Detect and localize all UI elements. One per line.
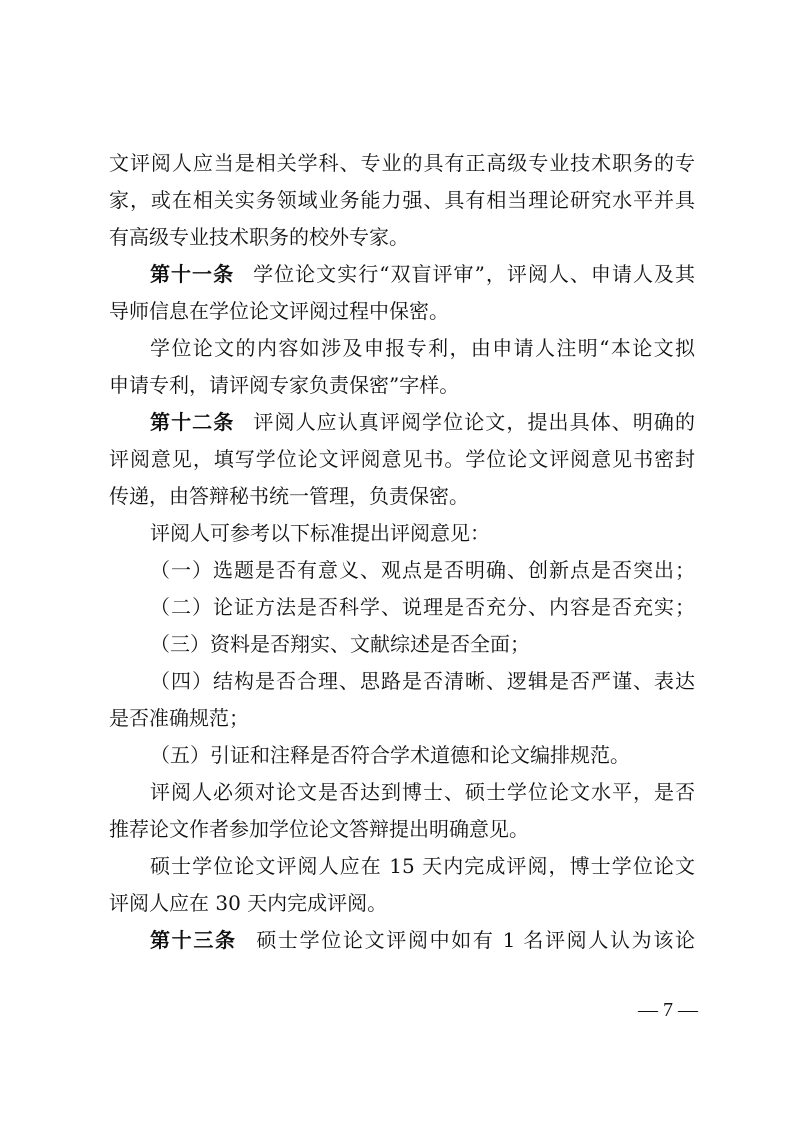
paragraph-line: 有高级专业技术职务的校外专家。 xyxy=(109,222,695,252)
paragraph-line: 传递，由答辩秘书统一管理，负责保密。 xyxy=(109,481,695,511)
paragraph-line: 评阅人必须对论文是否达到博士、硕士学位论文水平，是否 xyxy=(150,777,695,807)
criteria-item-1: （一）选题是否有意义、观点是否明确、创新点是否突出； xyxy=(150,555,695,585)
paragraph-line: 导师信息在学位论文评阅过程中保密。 xyxy=(109,296,695,326)
document-page: 文评阅人应当是相关学科、专业的具有正高级专业技术职务的专 家，或在相关实务领域业… xyxy=(0,0,793,1122)
criteria-item-4-cont: 是否准确规范； xyxy=(109,703,695,733)
paragraph-line: 评阅人可参考以下标准提出评阅意见： xyxy=(150,518,695,548)
article-13-line: 第十三条硕士学位论文评阅中如有 1 名评阅人认为该论 xyxy=(150,925,695,955)
article-text: 学位论文实行“双盲评审”，评阅人、申请人及其 xyxy=(252,262,695,286)
criteria-item-2: （二）论证方法是否科学、说理是否充分、内容是否充实； xyxy=(150,592,695,622)
paragraph-line: 学位论文的内容如涉及申报专利，由申请人注明“本论文拟 xyxy=(150,333,695,363)
paragraph-line: 家，或在相关实务领域业务能力强、具有相当理论研究水平并具 xyxy=(109,185,695,215)
article-heading: 第十一条 xyxy=(150,262,234,286)
paragraph-line: 硕士学位论文评阅人应在 15 天内完成评阅，博士学位论文 xyxy=(150,851,695,881)
page-number: — 7 — xyxy=(628,995,698,1025)
article-12-line: 第十二条评阅人应认真评阅学位论文，提出具体、明确的 xyxy=(150,407,695,437)
article-text: 评阅人应认真评阅学位论文，提出具体、明确的 xyxy=(252,410,695,434)
paragraph-line: 申请专利，请评阅专家负责保密”字样。 xyxy=(109,370,695,400)
article-text: 硕士学位论文评阅中如有 1 名评阅人认为该论 xyxy=(255,928,695,952)
paragraph-line: 评阅意见，填写学位论文评阅意见书。学位论文评阅意见书密封 xyxy=(109,444,695,474)
paragraph-line: 推荐论文作者参加学位论文答辩提出明确意见。 xyxy=(109,814,695,844)
article-heading: 第十二条 xyxy=(150,410,234,434)
criteria-item-5: （五）引证和注释是否符合学术道德和论文编排规范。 xyxy=(150,740,695,770)
criteria-item-4: （四）结构是否合理、思路是否清晰、逻辑是否严谨、表达 xyxy=(150,666,695,696)
article-heading: 第十三条 xyxy=(150,928,237,952)
article-11-line: 第十一条学位论文实行“双盲评审”，评阅人、申请人及其 xyxy=(150,259,695,289)
paragraph-line: 文评阅人应当是相关学科、专业的具有正高级专业技术职务的专 xyxy=(109,148,695,178)
paragraph-line: 评阅人应在 30 天内完成评阅。 xyxy=(109,888,695,918)
criteria-item-3: （三）资料是否翔实、文献综述是否全面； xyxy=(150,629,695,659)
